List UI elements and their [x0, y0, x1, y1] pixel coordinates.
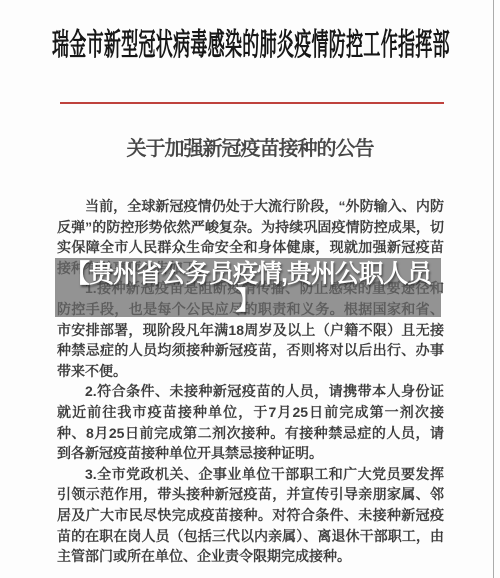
notice-paragraph: 3.全市党政机关、企事业单位干部职工和广大党员要发挥引领示范作用，带头接种新冠疫…	[57, 464, 444, 567]
page-right-edge-line	[493, 0, 494, 578]
document-page: 瑞金市新型冠状病毒感染的肺炎疫情防控工作指挥部 关于加强新冠疫苗接种的公告 当前…	[0, 0, 500, 578]
watermark-overlay: 【贵州省公务员疫情,贵州公职人员 】	[55, 258, 441, 317]
red-divider-line	[60, 102, 444, 104]
watermark-text-line2: 】	[55, 288, 441, 315]
issuing-authority-title: 瑞金市新型冠状病毒感染的肺炎疫情防控工作指挥部	[52, 19, 444, 64]
watermark-text-line1: 【贵州省公务员疫情,贵州公职人员	[55, 260, 441, 288]
notice-body: 当前，全球新冠疫情仍处于大流行阶段，“外防输入、内防反弹”的防控形势依然严峻复杂…	[57, 196, 444, 567]
notice-title: 关于加强新冠疫苗接种的公告	[55, 132, 445, 161]
notice-paragraph: 2.符合条件、未接种新冠疫苗的人员，请携带本人身份证就近前往我市疫苗接种单位，于…	[57, 381, 444, 463]
